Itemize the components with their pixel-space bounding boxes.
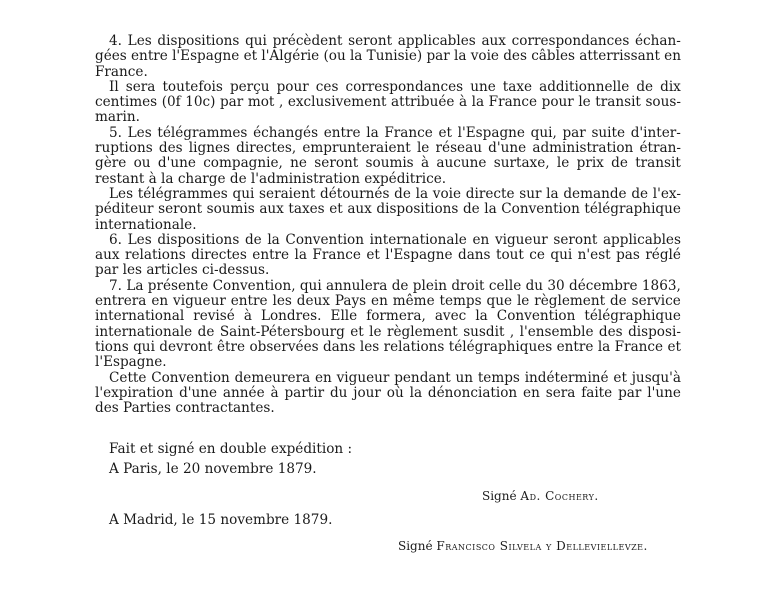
text-line: internationaledeSaint-Pétersbourgetlerèg… — [95, 325, 681, 340]
word: des — [599, 325, 623, 340]
word: prix — [577, 156, 604, 171]
word: directes — [191, 248, 247, 263]
word: pas — [616, 248, 640, 263]
word: pour — [542, 95, 574, 110]
word: qui, — [531, 126, 557, 141]
word: présente — [148, 279, 209, 294]
word: revisé — [193, 309, 235, 324]
word: surtaxe, — [494, 156, 550, 171]
word: perçu — [230, 80, 270, 95]
word: des — [503, 49, 527, 64]
word: indéterminé — [525, 371, 609, 386]
word: un — [456, 371, 474, 386]
word: l'Espagne — [458, 126, 525, 141]
word: le — [517, 294, 529, 309]
word: France — [312, 248, 360, 263]
word: d'une — [158, 156, 196, 171]
word: qui — [300, 279, 322, 294]
word: administration — [532, 141, 633, 156]
word: soumis — [366, 156, 414, 171]
word: Pays — [335, 294, 366, 309]
word: le — [578, 95, 590, 110]
word: suite — [591, 126, 625, 141]
word: en — [664, 49, 681, 64]
line-text: France. — [95, 65, 148, 80]
word: règlement — [387, 325, 458, 340]
word: à — [459, 95, 467, 110]
word: ruptions — [95, 141, 153, 156]
word: en — [523, 386, 540, 401]
word: règlement — [534, 294, 605, 309]
word: et — [667, 340, 681, 355]
word: mot — [248, 95, 275, 110]
text-line: internationalreviséàLondres.Elleformera,… — [95, 309, 681, 324]
text-line: tionsquidevrontêtreobservéesdanslesrelat… — [95, 340, 681, 355]
word: relations — [384, 340, 445, 355]
word: Convention, — [213, 279, 296, 294]
word: par — [220, 95, 243, 110]
word: que — [487, 294, 513, 309]
text-line: 5.LestélégrammeséchangésentrelaFranceetl… — [95, 126, 681, 141]
word: précèdent — [273, 34, 343, 49]
word: échan- — [635, 34, 681, 49]
word: tions — [95, 340, 129, 355]
word: 6. — [109, 233, 122, 248]
word: en — [315, 371, 332, 386]
word: Tunisie) — [367, 49, 423, 64]
word: où — [387, 386, 404, 401]
text-line: gèreoud'unecompagnie,neserontsoumisàaucu… — [95, 156, 681, 171]
word: aux — [481, 34, 506, 49]
word: , — [510, 325, 514, 340]
word: et — [438, 126, 452, 141]
word: Les — [128, 126, 152, 141]
word: aux — [347, 202, 372, 217]
word: France — [615, 340, 663, 355]
word: réseau — [436, 141, 482, 156]
word: d'une — [179, 386, 217, 401]
word: voie — [433, 187, 461, 202]
word: télégraphique — [584, 202, 681, 217]
word: de — [394, 187, 411, 202]
word: entrera — [95, 294, 146, 309]
word: réglé — [645, 248, 681, 263]
word: la — [295, 248, 307, 263]
word: être — [217, 340, 245, 355]
word: qui — [133, 340, 155, 355]
word: 5. — [109, 126, 122, 141]
word: Les — [128, 233, 152, 248]
word: pendant — [394, 371, 451, 386]
word: 10c) — [185, 95, 215, 110]
signature-prefix: Signé — [482, 489, 517, 503]
word: correspondances — [512, 34, 630, 49]
word: année — [223, 386, 265, 401]
word: avec — [435, 309, 466, 324]
word: échangés — [253, 126, 318, 141]
word: du — [526, 279, 543, 294]
signatory-name: Francisco Silvela y Delleviellevze. — [436, 539, 647, 553]
word: aux — [259, 202, 284, 217]
word: la — [484, 202, 496, 217]
word: susdit — [463, 325, 504, 340]
word: gère — [95, 156, 126, 171]
text-line: l'expirationd'uneannéeàpartirdujouroùlad… — [95, 386, 681, 401]
word: sur — [519, 187, 541, 202]
word: partir — [284, 386, 324, 401]
word: la — [267, 233, 279, 248]
text-line: par les articles ci-dessus. — [95, 263, 681, 278]
text-line: CetteConventiondemeureraenvigueurpendant… — [95, 371, 681, 386]
word: en — [151, 294, 168, 309]
text-line: auxrelationsdirectesentrelaFranceetl'Esp… — [95, 248, 681, 263]
text-line: internationale. — [95, 218, 681, 233]
word: emprunteraient — [302, 141, 410, 156]
word: l'expiration — [95, 386, 173, 401]
word: de — [198, 325, 215, 340]
word: entre — [557, 340, 594, 355]
word: tout — [496, 248, 524, 263]
word: ce — [529, 248, 545, 263]
word: seront — [348, 34, 392, 49]
word: à — [244, 309, 252, 324]
text-line: l'Espagne. — [95, 355, 681, 370]
word: relations — [125, 248, 186, 263]
word: temps — [440, 294, 482, 309]
word: lignes — [189, 141, 230, 156]
word: la — [416, 187, 428, 202]
line-text: des Parties contractantes. — [95, 401, 275, 416]
word: 30 — [547, 279, 564, 294]
word: même — [393, 294, 435, 309]
word: la — [366, 126, 378, 141]
word: 7. — [109, 279, 122, 294]
word: correspondances — [345, 80, 463, 95]
line-text: l'Espagne. — [95, 355, 167, 370]
word: faite — [581, 386, 612, 401]
text-line: entreraenvigueurentrelesdeuxPaysenmêmete… — [95, 294, 681, 309]
word: et — [244, 49, 258, 64]
word: compagnie, — [203, 156, 283, 171]
word: Convention — [501, 202, 580, 217]
line-text: internationale. — [95, 218, 197, 233]
text-line: Lestélégrammesquiseraientdétournésdelavo… — [95, 187, 681, 202]
word: ne — [290, 156, 307, 171]
word: une — [470, 80, 496, 95]
word: taxes — [288, 202, 324, 217]
word: seraient — [259, 187, 315, 202]
word: l'ensemble — [520, 325, 594, 340]
word: qui — [245, 34, 267, 49]
word: voie — [471, 49, 499, 64]
word: à — [421, 156, 429, 171]
text-line: 6.LesdispositionsdelaConventioninternati… — [95, 233, 681, 248]
closing-statement: Fait et signé en double expédition : — [109, 441, 352, 457]
word: de — [631, 187, 648, 202]
text-line: péditeurserontsoumisauxtaxesetauxdisposi… — [95, 202, 681, 217]
word: la — [410, 386, 422, 401]
word: dispositions — [376, 202, 458, 217]
word: la — [454, 49, 466, 64]
word: Les — [109, 187, 133, 202]
word: gées — [95, 49, 127, 64]
word: et — [350, 325, 364, 340]
word: l'Algérie — [261, 49, 319, 64]
word: en — [473, 233, 490, 248]
word: soumis — [207, 202, 255, 217]
word: et — [366, 248, 380, 263]
word: d'une — [488, 141, 526, 156]
word: la — [546, 187, 558, 202]
word: jour — [353, 386, 381, 401]
word: applicables — [398, 34, 476, 49]
text-line: 7.LaprésenteConvention,quiannuleradeplei… — [95, 279, 681, 294]
word: ces — [316, 80, 339, 95]
word: sera — [546, 386, 576, 401]
word: de — [245, 233, 262, 248]
word: et — [329, 202, 343, 217]
word: dispositions — [157, 233, 239, 248]
word: (0f — [162, 95, 181, 110]
word: dans — [323, 340, 356, 355]
word: droit — [451, 279, 484, 294]
word: par — [562, 126, 585, 141]
word: celle — [489, 279, 521, 294]
word: Elle — [331, 309, 358, 324]
word: plein — [413, 279, 447, 294]
text-line: géesentrel'Espagneetl'Algérie(oulaTunisi… — [95, 49, 681, 64]
word: la — [350, 49, 362, 64]
word: (ou — [323, 49, 345, 64]
paris-date: A Paris, le 20 novembre 1879. — [109, 461, 317, 477]
word: attribuée — [391, 95, 454, 110]
word: applicables — [603, 233, 681, 248]
word: Londres. — [261, 309, 322, 324]
word: , — [279, 95, 283, 110]
word: pour — [277, 80, 309, 95]
line-text: restant à la charge de l'administration … — [95, 172, 446, 187]
word: les — [360, 340, 379, 355]
word: de — [392, 279, 409, 294]
word: n'est — [578, 248, 611, 263]
word: de — [636, 80, 653, 95]
word: La — [126, 279, 143, 294]
word: deux — [297, 294, 330, 309]
word: temps — [478, 371, 520, 386]
signature-prefix: Signé — [398, 539, 433, 553]
word: de — [610, 294, 627, 309]
word: détournés — [320, 187, 389, 202]
word: formera, — [366, 309, 426, 324]
word: l'Espagne — [172, 49, 239, 64]
word: Les — [128, 34, 152, 49]
word: par — [618, 386, 641, 401]
word: seront — [314, 156, 358, 171]
word: des — [159, 141, 183, 156]
word: Saint-Pétersbourg — [220, 325, 345, 340]
signatory-name: Ad. Cochery. — [520, 489, 598, 503]
word: transit — [635, 156, 681, 171]
word: péditeur — [95, 202, 154, 217]
word: 1863, — [642, 279, 681, 294]
word: dix — [660, 80, 681, 95]
word: l'ex- — [653, 187, 681, 202]
signature-cochery: Signé Ad. Cochery. — [482, 489, 599, 503]
text-line: Ilseratoutefoisperçupourcescorrespondanc… — [95, 80, 681, 95]
word: observées — [249, 340, 318, 355]
word: aux — [95, 248, 120, 263]
word: entre — [324, 126, 361, 141]
word: vigueur — [337, 371, 390, 386]
word: aucune — [436, 156, 486, 171]
madrid-date: A Madrid, le 15 novembre 1879. — [109, 512, 332, 528]
word: d'inter- — [631, 126, 681, 141]
word: l'Espagne — [385, 248, 452, 263]
word: en — [371, 294, 388, 309]
signature-silvela: Signé Francisco Silvela y Delleviellevze… — [398, 539, 648, 553]
word: centimes — [95, 95, 157, 110]
word: jusqu'à — [632, 371, 681, 386]
word: qui — [233, 187, 255, 202]
word: internationale — [95, 325, 192, 340]
word: disposi- — [628, 325, 681, 340]
word: par — [426, 49, 449, 64]
word: demande — [563, 187, 626, 202]
word: de — [463, 202, 480, 217]
word: service — [632, 294, 681, 309]
text-line: France. — [95, 65, 681, 80]
word: dénonciation — [428, 386, 517, 401]
word: la — [472, 95, 484, 110]
word: entre — [231, 294, 268, 309]
word: du — [330, 386, 347, 401]
word: seront — [553, 233, 597, 248]
word: dispositions — [157, 34, 239, 49]
text-line: centimes(0f10c)parmot,exclusivementattri… — [95, 95, 681, 110]
word: ou — [134, 156, 151, 171]
word: télégraphique — [584, 309, 681, 324]
word: France — [489, 95, 537, 110]
word: vigueur — [495, 233, 548, 248]
word: Convention — [151, 371, 230, 386]
word: exclusivement — [288, 95, 387, 110]
word: la — [598, 340, 610, 355]
word: décembre — [569, 279, 638, 294]
word: transit — [595, 95, 641, 110]
word: directes, — [236, 141, 296, 156]
word: demeurera — [235, 371, 311, 386]
word: à — [271, 386, 279, 401]
word: télégrammes — [138, 187, 228, 202]
word: vigueur — [173, 294, 226, 309]
word: Il — [109, 80, 119, 95]
text-line: marin. — [95, 110, 681, 125]
word: les — [272, 294, 291, 309]
word: de — [611, 156, 628, 171]
word: qui — [550, 248, 572, 263]
word: taxe — [503, 80, 532, 95]
convention-text-body: 4.Lesdispositionsquiprécèdentserontappli… — [95, 34, 681, 416]
word: internationale — [370, 233, 467, 248]
word: additionnelle — [539, 80, 629, 95]
word: l'une — [647, 386, 681, 401]
text-line: restant à la charge de l'administration … — [95, 172, 681, 187]
word: seront — [158, 202, 202, 217]
word: télégraphiques — [449, 340, 553, 355]
line-text: par les articles ci-dessus. — [95, 263, 269, 278]
word: le — [557, 156, 569, 171]
word: Convention — [497, 309, 576, 324]
word: France — [384, 126, 432, 141]
word: câbles — [531, 49, 575, 64]
word: devront — [159, 340, 212, 355]
word: et — [613, 371, 627, 386]
word: le — [369, 325, 381, 340]
word: entre — [131, 49, 168, 64]
line-text: marin. — [95, 110, 140, 125]
word: toutefois — [162, 80, 222, 95]
word: étran- — [639, 141, 680, 156]
word: dans — [458, 248, 491, 263]
word: international — [95, 309, 184, 324]
word: sous- — [645, 95, 681, 110]
text-line: des Parties contractantes. — [95, 401, 681, 416]
word: 4. — [109, 34, 122, 49]
text-line: 4.Lesdispositionsquiprécèdentserontappli… — [95, 34, 681, 49]
word: Cette — [109, 371, 146, 386]
word: le — [417, 141, 429, 156]
word: sera — [126, 80, 156, 95]
word: directe — [466, 187, 515, 202]
text-line: ruptionsdeslignesdirectes,emprunteraient… — [95, 141, 681, 156]
document-page: 4.Lesdispositionsquiprécèdentserontappli… — [0, 0, 762, 611]
word: Convention — [285, 233, 364, 248]
word: la — [475, 309, 487, 324]
word: annulera — [326, 279, 387, 294]
word: entre — [252, 248, 289, 263]
word: télégrammes — [157, 126, 247, 141]
word: atterrissant — [579, 49, 660, 64]
